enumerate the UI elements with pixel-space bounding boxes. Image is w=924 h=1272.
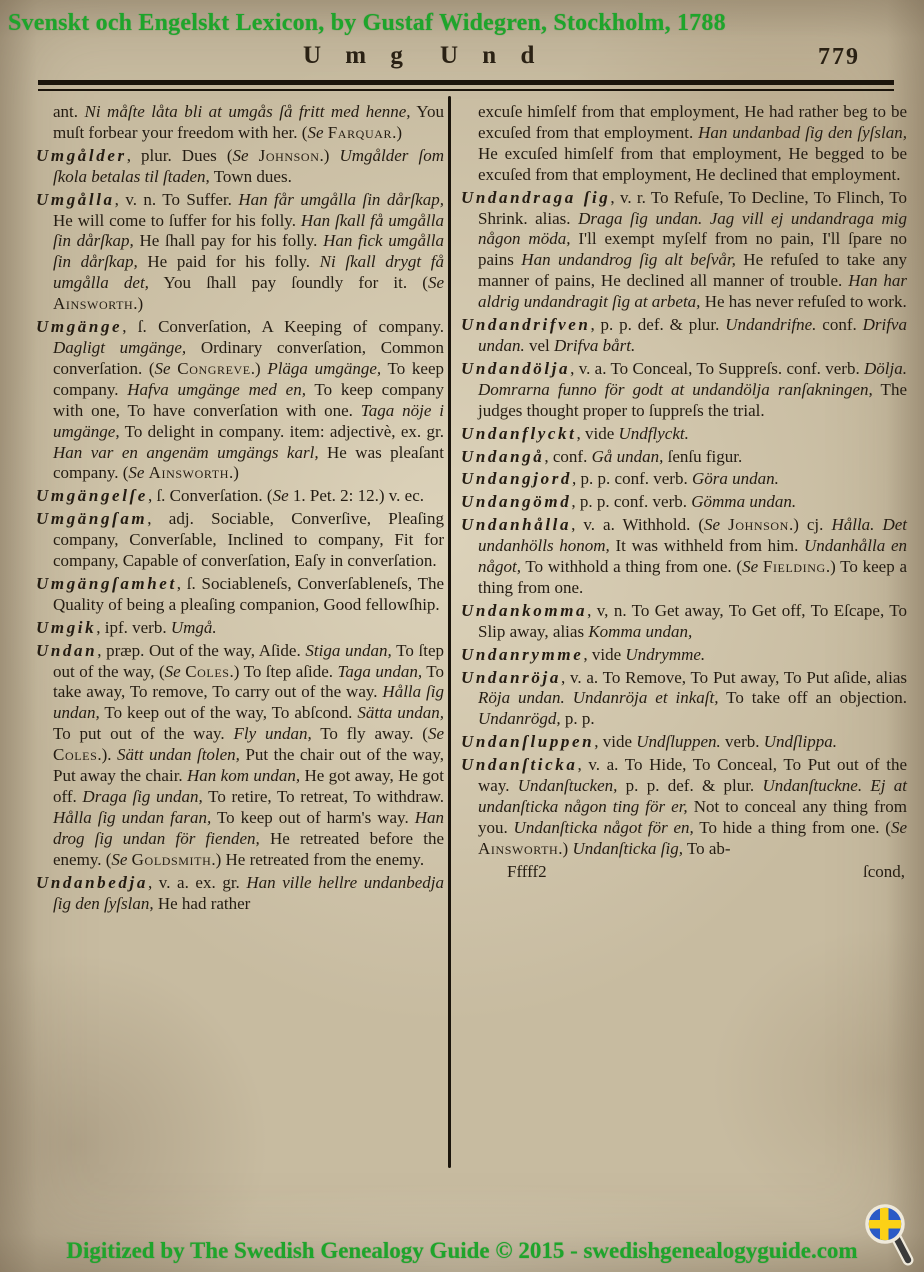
text-run: Goldsmith <box>132 850 212 869</box>
text-run: Johnson <box>259 146 320 165</box>
text-run: Ainsworth <box>478 839 558 858</box>
running-head: U m g U n d 779 <box>0 42 924 76</box>
text-run: .). <box>97 745 117 764</box>
text-run: Johnson <box>728 515 789 534</box>
text-run: He excuſed himſelf from that employment,… <box>478 144 907 184</box>
text-run: verb. <box>721 732 764 751</box>
text-run: Fly undan, <box>233 724 311 743</box>
text-run: He will come to ſuffer for his folly. <box>53 211 301 230</box>
page-number: 779 <box>818 44 860 71</box>
text-run: Röja undan. Undanröja et inkaſt, <box>478 688 718 707</box>
text-run: Gå undan, <box>592 447 664 466</box>
text-run: Se <box>128 463 144 482</box>
entry-headword: Undandraga ſig <box>461 188 610 207</box>
entry-headword: Umgängſam <box>36 509 147 528</box>
text-run: He had rather <box>154 894 251 913</box>
text-run: Undanſticka ſig, <box>572 839 682 858</box>
text-run: To delight in company. item: adjectivè, … <box>120 422 444 441</box>
entry-headword: Undanſluppen <box>461 732 594 751</box>
entry-headword: Umgängſamhet <box>36 574 177 593</box>
text-run: Umgå. <box>171 618 217 637</box>
signature-mark: Fffff2 <box>507 862 547 883</box>
text-run: Coles <box>53 745 97 764</box>
text-run: Se <box>233 146 249 165</box>
text-run: Undandrifne. <box>725 315 816 334</box>
text-run: , p. p. conf. verb. <box>572 469 692 488</box>
text-run: .) <box>251 359 268 378</box>
text-run: Congreve <box>177 359 250 378</box>
text-run: Sätt undan ſtolen, <box>117 745 240 764</box>
text-run: , plur. Dues ( <box>127 146 233 165</box>
text-run: .) <box>319 146 339 165</box>
text-run: To hide a thing from one. ( <box>694 818 891 837</box>
text-run: To withhold a thing from one. ( <box>521 557 742 576</box>
text-run: Se <box>111 850 127 869</box>
dictionary-entry: Undanflyckt, vide Undflyckt. <box>461 424 907 445</box>
dictionary-entry: Umgik, ipf. verb. Umgå. <box>36 618 444 639</box>
dictionary-entry: Umgängſamhet, ſ. Sociableneſs, Converſab… <box>36 574 444 616</box>
text-run: , p. p. def. & plur. <box>590 315 725 334</box>
entry-headword: Undandrifven <box>461 315 590 334</box>
text-run: Draga ſig undan, <box>82 787 202 806</box>
text-run: To keep out of the way, To abſcond. <box>100 703 358 722</box>
text-run: , præp. Out of the way, Aſide. <box>97 641 305 660</box>
text-run: Ni måſte låta bli at umgås ſå fritt med … <box>85 102 411 121</box>
text-run: , v. a. To Remove, To Put away, To Put a… <box>561 668 907 687</box>
dictionary-entry: Undangjord, p. p. conf. verb. Göra undan… <box>461 469 907 490</box>
text-run: Undflyckt. <box>619 424 689 443</box>
dictionary-entry: Undandölja, v. a. To Conceal, To Suppreſ… <box>461 359 907 422</box>
text-run: ſenſu figur. <box>663 447 742 466</box>
text-run: Se <box>742 557 758 576</box>
entry-headword: Umgänge <box>36 317 122 336</box>
header-rule <box>38 80 894 91</box>
text-run: , v. n. To Suffer. <box>115 190 239 209</box>
text-run: , vide <box>576 424 618 443</box>
entry-headword: Umgålla <box>36 190 115 209</box>
text-run: vel <box>525 336 554 355</box>
dictionary-entry: Undankomma, v, n. To Get away, To Get of… <box>461 601 907 643</box>
entry-headword: Undanrymme <box>461 645 583 664</box>
left-column: ant. Ni måſte låta bli at umgås ſå fritt… <box>36 102 444 916</box>
text-run <box>720 515 728 534</box>
text-run: To ab- <box>683 839 731 858</box>
text-run: To put out of the way. <box>53 724 233 743</box>
text-run: Taga undan, <box>338 662 423 681</box>
dictionary-entry: Undandraga ſig, v. r. To Refuſe, To Decl… <box>461 188 907 313</box>
dictionary-entry: Undanrymme, vide Undrymme. <box>461 645 907 666</box>
text-run: , conf. <box>544 447 591 466</box>
text-run: Komma undan, <box>588 622 692 641</box>
entry-headword: Umgik <box>36 618 96 637</box>
dictionary-entry: Umgängelſe, ſ. Converſation. (Se 1. Pet.… <box>36 486 444 507</box>
text-run: Göra undan. <box>692 469 779 488</box>
text-run: Undanſtucken, <box>518 776 618 795</box>
text-run: Town dues. <box>210 167 292 186</box>
text-run: , vide <box>594 732 636 751</box>
text-run: He ſhall pay for his folly. <box>134 231 323 250</box>
text-run: , ipf. verb. <box>96 618 171 637</box>
text-run: ant. <box>53 102 85 121</box>
text-run: .) He retreated from the enemy. <box>211 850 424 869</box>
text-run: .) <box>133 294 143 313</box>
text-run: , v. a. ex. gr. <box>148 873 246 892</box>
text-run: Farquar <box>328 123 392 142</box>
text-run: Se <box>428 273 444 292</box>
text-run: Se <box>704 515 720 534</box>
entry-headword: Undanſticka <box>461 755 577 774</box>
text-run: , ſ. Converſation. ( <box>148 486 273 505</box>
text-run: Se <box>155 359 171 378</box>
text-run: Undanrögd, <box>478 709 561 728</box>
text-run: Se <box>165 662 181 681</box>
text-run: Se <box>307 123 323 142</box>
text-run: Undrymme. <box>625 645 705 664</box>
dictionary-entry: Umgänge, ſ. Converſation, A Keeping of c… <box>36 317 444 484</box>
dictionary-entry: Undan, præp. Out of the way, Aſide. Stig… <box>36 641 444 871</box>
dictionary-entry: Undanhålla, v. a. Withhold. (Se Johnson.… <box>461 515 907 599</box>
text-run: p. p. def. & plur. <box>617 776 762 795</box>
text-run: , v. a. To Conceal, To Suppreſs. conf. v… <box>570 359 864 378</box>
entry-headword: Undankomma <box>461 601 587 620</box>
text-run: Ainsworth <box>149 463 229 482</box>
text-run: To keep out of harm's way. <box>211 808 414 827</box>
text-run: Han får umgålla ſin dårſkap, <box>238 190 444 209</box>
text-run: Se <box>428 724 444 743</box>
entry-headword: Undangjord <box>461 469 572 488</box>
entry-headword: Undangömd <box>461 492 571 511</box>
dictionary-entry: Undanſluppen, vide Undſluppen. verb. Und… <box>461 732 907 753</box>
text-run: Coles <box>185 662 229 681</box>
signature-line: Fffff2ſcond, <box>461 862 907 883</box>
text-run: To retire, To retreat, To withdraw. <box>203 787 444 806</box>
swedish-flag-magnifier-icon <box>858 1202 916 1266</box>
text-run: , p. p. conf. verb. <box>571 492 691 511</box>
text-run <box>249 146 259 165</box>
column-divider-rule <box>448 96 451 1168</box>
text-run: To fly away. ( <box>312 724 428 743</box>
text-run: Drifva bårt. <box>554 336 635 355</box>
dictionary-entry: Undanbedja, v. a. ex. gr. Han ville hell… <box>36 873 444 915</box>
scanned-page: Svenskt och Engelskt Lexicon, by Gustaf … <box>0 0 924 1272</box>
text-run: 1. Pet. 2: 12.) v. ec. <box>289 486 424 505</box>
text-run: You ſhall pay ſoundly for it. ( <box>149 273 428 292</box>
entry-headword: Undanhålla <box>461 515 571 534</box>
dictionary-entry: Umgålder, plur. Dues (Se Johnson.) Umgål… <box>36 146 444 188</box>
dictionary-entry: Undangå, conf. Gå undan, ſenſu figur. <box>461 447 907 468</box>
text-run: Undſluppen. <box>636 732 721 751</box>
entry-headword: Undanbedja <box>36 873 148 892</box>
running-head-left: U m g <box>303 42 412 70</box>
entry-headword: Undandölja <box>461 359 570 378</box>
dictionary-entry: Undanſticka, v. a. To Hide, To Conceal, … <box>461 755 907 860</box>
dictionary-entry: Umgängſam, adj. Sociable, Converſive, Pl… <box>36 509 444 572</box>
text-run: It was withheld from him. <box>610 536 804 555</box>
text-run: He paid for his folly. <box>138 252 320 271</box>
text-run: Hålla ſig undan faran, <box>53 808 211 827</box>
text-run: .) <box>229 463 239 482</box>
text-run: Stiga undan, <box>305 641 391 660</box>
right-column: excuſe himſelf from that employment, He … <box>461 102 907 883</box>
text-run: Undſlippa. <box>764 732 837 751</box>
text-run: .) <box>558 839 572 858</box>
text-run: Se <box>273 486 289 505</box>
catchword: ſcond, <box>863 862 905 883</box>
dictionary-entry: Undanröja, v. a. To Remove, To Put away,… <box>461 668 907 731</box>
entry-headword: Undangå <box>461 447 544 466</box>
entry-headword: Undanflyckt <box>461 424 576 443</box>
text-run: He has never refuſed to work. <box>700 292 906 311</box>
text-run: Ainsworth <box>53 294 133 313</box>
text-run: p. p. <box>561 709 595 728</box>
text-run: Hafva umgänge med en, <box>127 380 306 399</box>
text-run: Sätta undan, <box>357 703 444 722</box>
text-run: Se <box>891 818 907 837</box>
text-run: Fielding <box>763 557 826 576</box>
text-run: , v. a. Withhold. ( <box>571 515 704 534</box>
entry-headword: Undanröja <box>461 668 561 687</box>
text-run: Han kom undan, <box>187 766 300 785</box>
text-run: Undanſticka något för en, <box>514 818 694 837</box>
text-run: conf. <box>816 315 862 334</box>
text-run: Han var en angenäm umgängs karl, <box>53 443 319 462</box>
entry-headword: Undan <box>36 641 97 660</box>
running-head-right: U n d <box>440 42 543 70</box>
text-run: Pläga umgänge, <box>267 359 381 378</box>
text-run: , vide <box>583 645 625 664</box>
dictionary-entry: Undangömd, p. p. conf. verb. Gömma undan… <box>461 492 907 513</box>
text-run: Gömma undan. <box>691 492 796 511</box>
text-run: Dagligt umgänge, <box>53 338 186 357</box>
text-run: .) cj. <box>789 515 831 534</box>
dictionary-entry: Umgålla, v. n. To Suffer. Han får umgåll… <box>36 190 444 315</box>
entry-headword: Umgålder <box>36 146 127 165</box>
dictionary-entry: ant. Ni måſte låta bli at umgås ſå fritt… <box>36 102 444 144</box>
digitization-title: Svenskt och Engelskt Lexicon, by Gustaf … <box>8 10 726 37</box>
text-run: To take off an objection. <box>718 688 907 707</box>
digitization-footer: Digitized by The Swedish Genealogy Guide… <box>0 1238 924 1264</box>
text-run: Han undanbad ſig den ſyſslan, <box>698 123 907 142</box>
text-run: .) <box>392 123 402 142</box>
text-run: .) To ſtep aſide. <box>230 662 338 681</box>
text-run: , ſ. Converſation, A Keeping of company. <box>122 317 444 336</box>
entry-headword: Umgängelſe <box>36 486 148 505</box>
text-run: Han undandrog ſig alt beſvår, <box>521 250 736 269</box>
dictionary-entry: excuſe himſelf from that employment, He … <box>461 102 907 186</box>
dictionary-entry: Undandrifven, p. p. def. & plur. Undandr… <box>461 315 907 357</box>
